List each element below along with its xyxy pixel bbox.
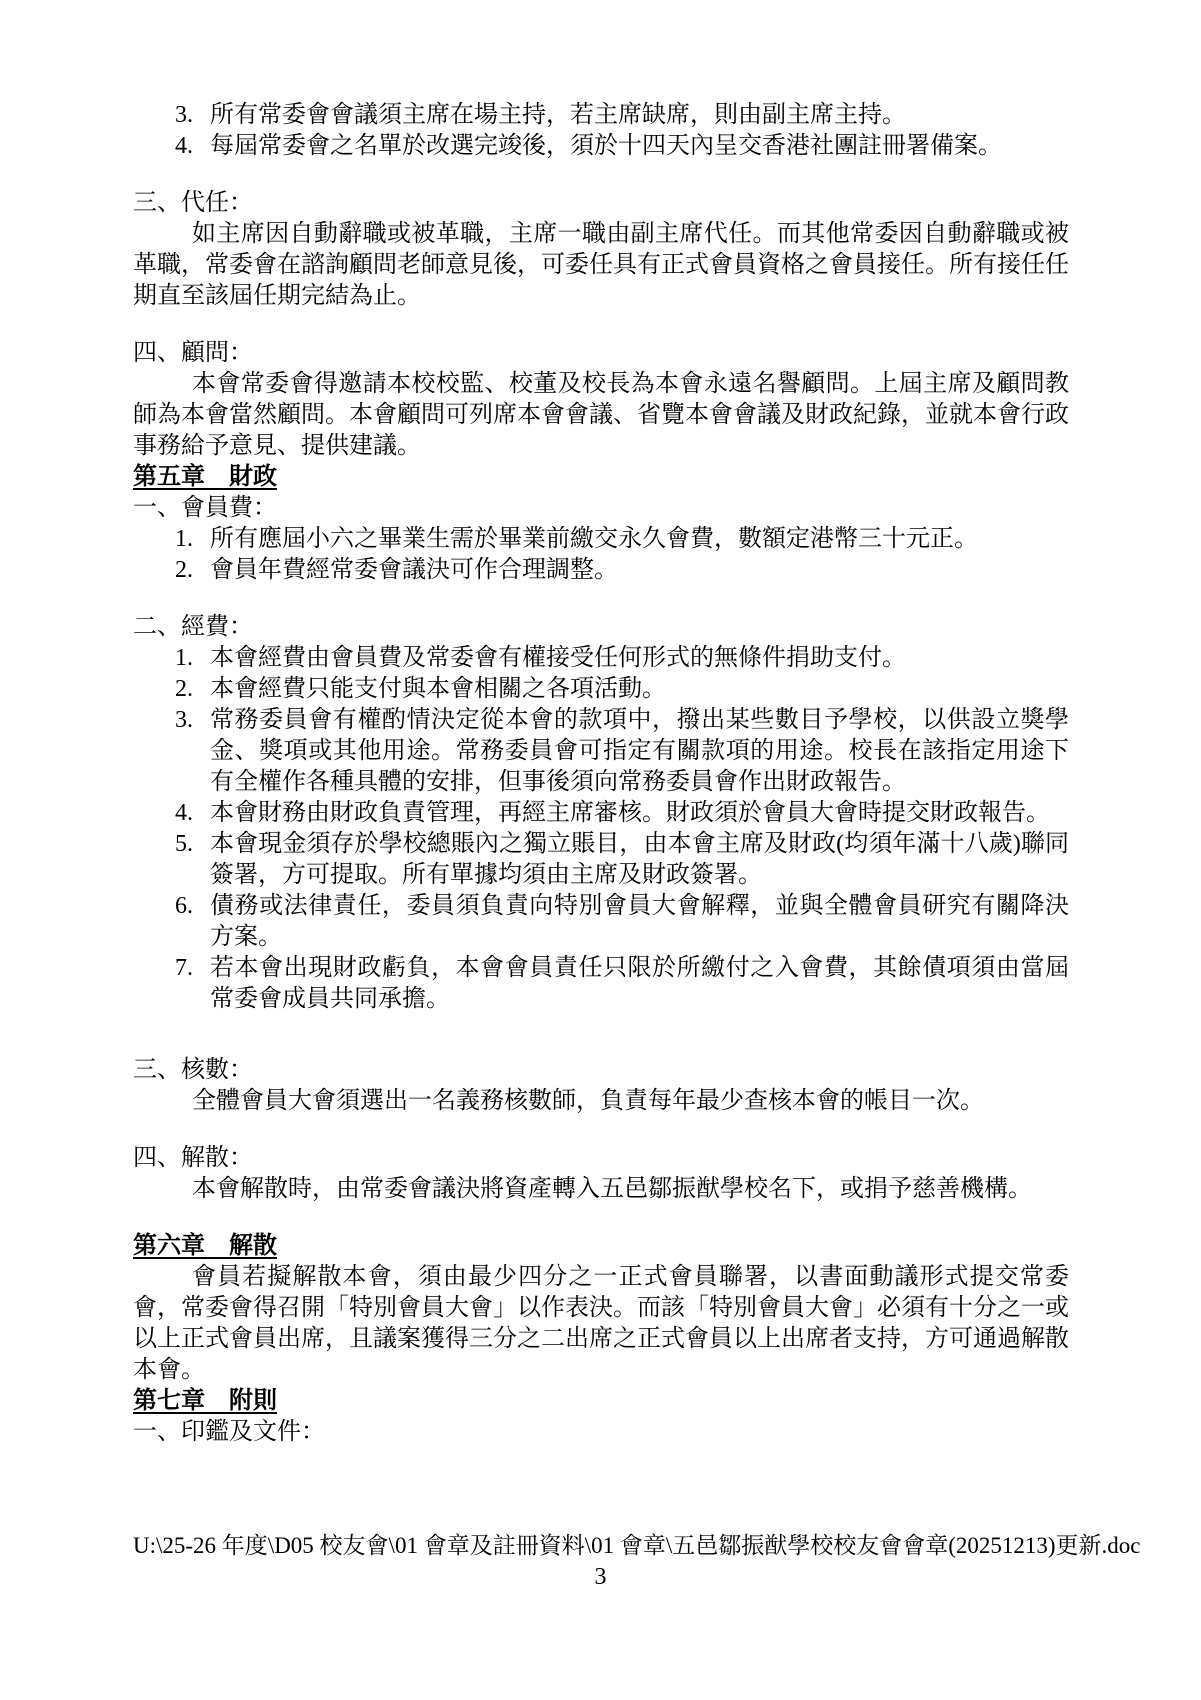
section-paragraph: 如主席因自動辭職或被革職，主席一職由副主席代任。而其他常委因自動辭職或被革職，常… xyxy=(133,219,1069,312)
item-number: 5. xyxy=(175,829,193,860)
item-text: 每屆常委會之名單於改選完竣後，須於十四天內呈交香港社團註冊署備案。 xyxy=(210,133,1002,159)
item-number: 6. xyxy=(175,891,193,922)
page-number: 3 xyxy=(0,1562,1201,1593)
section-label: 四、顧問： xyxy=(133,338,1069,369)
item-text: 所有應屆小六之畢業生需於畢業前繳交永久會費，數額定港幣三十元正。 xyxy=(210,526,978,552)
chapter6-heading: 第六章 解散 xyxy=(133,1231,1069,1262)
item-text: 本會現金須存於學校總賬內之獨立賬目，由本會主席及財政(均須年滿十八歲)聯同簽署，… xyxy=(210,831,1069,888)
section-label: 一、會員費： xyxy=(133,493,1069,524)
section-paragraph: 全體會員大會須選出一名義務核數師，負責每年最少查核本會的帳目一次。 xyxy=(133,1086,1069,1117)
list-item: 3. 所有常委會會議須主席在場主持，若主席缺席，則由副主席主持。 xyxy=(133,100,1069,131)
list-item: 2. 本會經費只能支付與本會相關之各項活動。 xyxy=(133,674,1069,705)
list-item: 1. 本會經費由會員費及常委會有權接受任何形式的無條件捐助支付。 xyxy=(133,643,1069,674)
item-text: 債務或法律責任，委員須負責向特別會員大會解釋，並與全體會員研究有關降決方案。 xyxy=(210,893,1069,950)
list-item: 6. 債務或法律責任，委員須負責向特別會員大會解釋，並與全體會員研究有關降決方案… xyxy=(133,891,1069,953)
item-text: 所有常委會會議須主席在場主持，若主席缺席，則由副主席主持。 xyxy=(210,102,906,128)
list-item: 7. 若本會出現財政虧負，本會會員責任只限於所繳付之入會費，其餘債項須由當屆常委… xyxy=(133,953,1069,1015)
section-dairen: 三、代任： 如主席因自動辭職或被革職，主席一職由副主席代任。而其他常委因自動辭職… xyxy=(133,188,1069,312)
carryover-list: 3. 所有常委會會議須主席在場主持，若主席缺席，則由副主席主持。 4. 每屆常委… xyxy=(133,100,1069,162)
item-number: 7. xyxy=(175,953,193,984)
section-label: 一、印鑑及文件： xyxy=(133,1417,1069,1448)
item-number: 4. xyxy=(175,798,193,829)
chapter-paragraph: 會員若擬解散本會，須由最少四分之一正式會員聯署，以書面動議形式提交常委會，常委會… xyxy=(133,1262,1069,1386)
footer-file-path: U:\25-26 年度\D05 校友會\01 會章及註冊資料\01 會章\五邑鄒… xyxy=(133,1530,1093,1561)
item-text: 會員年費經常委會議決可作合理調整。 xyxy=(210,557,618,583)
item-text: 常務委員會有權酌情決定從本會的款項中，撥出某些數目予學校，以供設立獎學金、獎項或… xyxy=(210,707,1069,795)
item-number: 2. xyxy=(175,674,193,705)
section-jingfei: 二、經費： 1. 本會經費由會員費及常委會有權接受任何形式的無條件捐助支付。 2… xyxy=(133,612,1069,1015)
section-guwen: 四、顧問： 本會常委會得邀請本校校監、校董及校長為本會永遠名譽顧問。上屆主席及顧… xyxy=(133,338,1069,462)
section-huiyuanfei: 一、會員費： 1. 所有應屆小六之畢業生需於畢業前繳交永久會費，數額定港幣三十元… xyxy=(133,493,1069,586)
section-jiesan: 四、解散： 本會解散時，由常委會議決將資產轉入五邑鄒振猷學校名下，或捐予慈善機構… xyxy=(133,1143,1069,1205)
list-item: 1. 所有應屆小六之畢業生需於畢業前繳交永久會費，數額定港幣三十元正。 xyxy=(133,524,1069,555)
chapter-title: 第六章 解散 xyxy=(133,1233,277,1259)
item-number: 3. xyxy=(175,705,193,736)
section-label: 四、解散： xyxy=(133,1143,1069,1174)
document-page: 3. 所有常委會會議須主席在場主持，若主席缺席，則由副主席主持。 4. 每屆常委… xyxy=(0,0,1201,1700)
list-item: 3. 常務委員會有權酌情決定從本會的款項中，撥出某些數目予學校，以供設立獎學金、… xyxy=(133,705,1069,798)
item-number: 3. xyxy=(175,100,193,131)
chapter6: 第六章 解散 會員若擬解散本會，須由最少四分之一正式會員聯署，以書面動議形式提交… xyxy=(133,1231,1069,1386)
list-item: 2. 會員年費經常委會議決可作合理調整。 xyxy=(133,555,1069,586)
list-item: 4. 每屆常委會之名單於改選完竣後，須於十四天內呈交香港社團註冊署備案。 xyxy=(133,131,1069,162)
page-content: 3. 所有常委會會議須主席在場主持，若主席缺席，則由副主席主持。 4. 每屆常委… xyxy=(133,100,1069,1448)
item-text: 本會經費由會員費及常委會有權接受任何形式的無條件捐助支付。 xyxy=(210,645,906,671)
section-label: 三、核數： xyxy=(133,1055,1069,1086)
section-heshu: 三、核數： 全體會員大會須選出一名義務核數師，負責每年最少查核本會的帳目一次。 xyxy=(133,1055,1069,1117)
item-text: 本會經費只能支付與本會相關之各項活動。 xyxy=(210,676,666,702)
section-yinjian: 一、印鑑及文件： xyxy=(133,1417,1069,1448)
item-number: 4. xyxy=(175,131,193,162)
list-item: 5. 本會現金須存於學校總賬內之獨立賬目，由本會主席及財政(均須年滿十八歲)聯同… xyxy=(133,829,1069,891)
list-item: 4. 本會財務由財政負責管理，再經主席審核。財政須於會員大會時提交財政報告。 xyxy=(133,798,1069,829)
item-number: 1. xyxy=(175,643,193,674)
section-paragraph: 本會解散時，由常委會議決將資產轉入五邑鄒振猷學校名下，或捐予慈善機構。 xyxy=(133,1174,1069,1205)
section-paragraph: 本會常委會得邀請本校校監、校董及校長為本會永遠名譽顧問。上屆主席及顧問教師為本會… xyxy=(133,369,1069,462)
section-label: 三、代任： xyxy=(133,188,1069,219)
item-text: 本會財務由財政負責管理，再經主席審核。財政須於會員大會時提交財政報告。 xyxy=(210,800,1050,826)
section-label: 二、經費： xyxy=(133,612,1069,643)
chapter-title: 第五章 財政 xyxy=(133,464,277,490)
chapter7-heading: 第七章 附則 xyxy=(133,1386,1069,1417)
item-text: 若本會出現財政虧負，本會會員責任只限於所繳付之入會費，其餘債項須由當屆常委會成員… xyxy=(210,955,1069,1012)
chapter5-heading: 第五章 財政 xyxy=(133,462,1069,493)
chapter-title: 第七章 附則 xyxy=(133,1388,277,1414)
item-number: 2. xyxy=(175,555,193,586)
item-number: 1. xyxy=(175,524,193,555)
